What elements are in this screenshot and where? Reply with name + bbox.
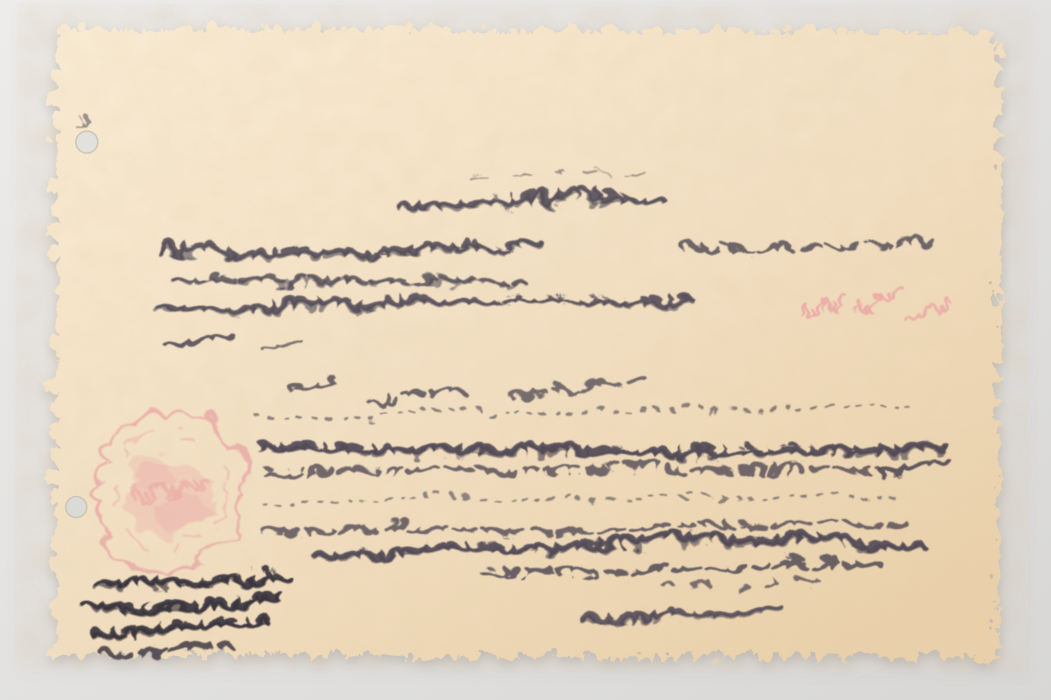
hole-punch-bottom <box>66 496 87 517</box>
stamp-blob-upper <box>119 446 163 482</box>
hole-punch-top <box>76 131 98 153</box>
photo-stage <box>0 0 1051 700</box>
paper-group <box>49 22 996 655</box>
document-photo <box>0 0 1051 700</box>
